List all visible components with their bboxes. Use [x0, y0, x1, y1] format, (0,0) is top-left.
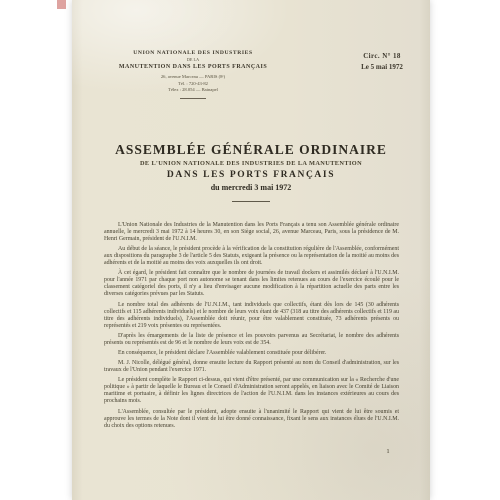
paragraph: Au début de la séance, le président proc…	[104, 246, 399, 267]
circular-reference-block: Circ. N° 18 Le 5 mai 1972	[340, 52, 424, 73]
document-subtitle-ports: DANS LES PORTS FRANÇAIS	[80, 169, 422, 181]
paragraph: M. J. Nicolle, délégué général, donne en…	[104, 360, 399, 374]
paragraph: Le président complète le Rapport ci-dess…	[104, 377, 399, 405]
document-body: L'Union Nationale des Industries de la M…	[104, 222, 399, 433]
document-title-block: ASSEMBLÉE GÉNÉRALE ORDINAIRE DE L'UNION …	[80, 142, 422, 202]
paragraph: En conséquence, le président déclare l'A…	[104, 350, 399, 357]
org-telex: Télex : 28.054 — Bainapel	[92, 87, 294, 94]
paragraph: D'après les émargements de la liste de p…	[104, 333, 399, 347]
page-number: 1	[382, 448, 394, 455]
document-subtitle: DE L'UNION NATIONALE DES INDUSTRIES DE L…	[80, 158, 422, 169]
circular-number: Circ. N° 18	[340, 52, 424, 61]
circular-date: Le 5 mai 1972	[340, 61, 424, 73]
document-title: ASSEMBLÉE GÉNÉRALE ORDINAIRE	[80, 142, 422, 158]
screenshot-canvas: Le-livre.com UNION NATIONALE DES INDUSTR…	[0, 0, 500, 500]
org-name-line1: UNION NATIONALE DES INDUSTRIES	[92, 50, 294, 57]
paragraph: Le nombre total des adhérents de l'U.N.I…	[104, 302, 399, 330]
org-header-block: UNION NATIONALE DES INDUSTRIES DE LA MAN…	[92, 50, 294, 99]
org-name-line3: MANUTENTION DANS LES PORTS FRANÇAIS	[92, 63, 294, 71]
scanned-document-page: UNION NATIONALE DES INDUSTRIES DE LA MAN…	[72, 0, 430, 500]
lelivre-logo-icon	[57, 0, 66, 9]
org-divider-rule	[180, 98, 206, 99]
title-divider-rule	[232, 201, 270, 202]
paragraph: L'Assemblée, consultée par le président,…	[104, 409, 399, 430]
meeting-date: du mercredi 3 mai 1972	[80, 181, 422, 194]
paragraph: L'Union Nationale des Industries de la M…	[104, 222, 399, 243]
paragraph: À cet égard, le président fait connaître…	[104, 270, 399, 298]
